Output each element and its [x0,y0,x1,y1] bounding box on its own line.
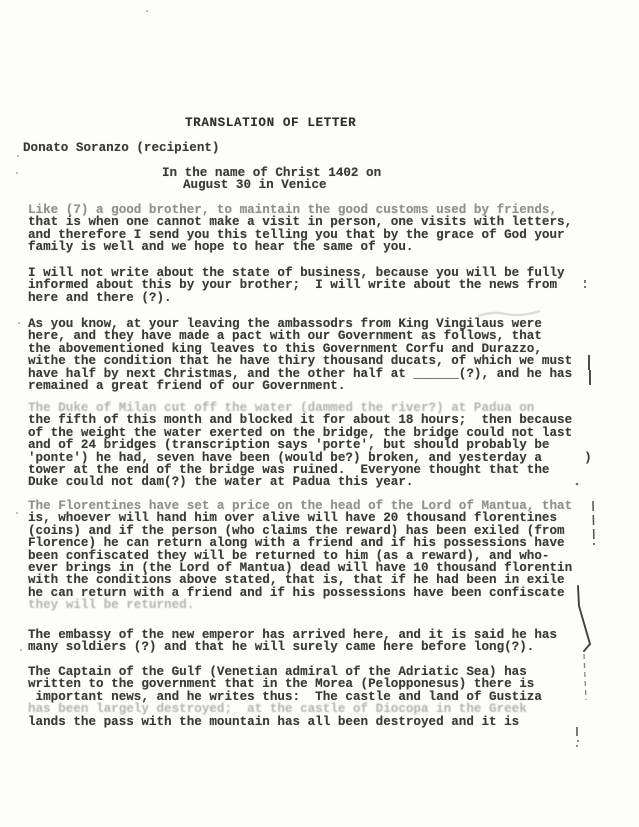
scanned-letter-page: TRANSLATION OF LETTER Donato Soranzo (re… [0,0,639,827]
text-line: informed about this by your brother; I w… [28,279,565,291]
text-line: Florence) he can return along with a fri… [28,537,572,549]
pencil-smudge [478,311,540,316]
paragraph-business: I will not write about the state of busi… [28,267,565,304]
paragraph-ambassadors: As you know, at your leaving the ambasso… [28,318,572,392]
text-line: remained a great friend of our Governmen… [28,380,572,392]
text-line: that is when one cannot make a visit in … [28,216,572,228]
paragraph-duke-of-milan: The Duke of Milan cut off the water (dam… [28,402,572,489]
text-line: here and there (?). [28,292,565,304]
text-line: many soldiers (?) and that he will surel… [28,641,557,653]
text-line: Like (7) a good brother, to maintain the… [28,204,572,216]
text-line: The Duke of Milan cut off the water (dam… [28,402,572,414]
text-line: the fifth of this month and blocked it f… [28,414,572,426]
paragraph-greeting: Like (7) a good brother, to maintain the… [28,204,572,254]
text-line: The Florentines have set a price on the … [28,500,572,512]
text-line: written to the government that in the Mo… [28,678,542,690]
ink-paren-mark: ) [584,450,592,465]
text-line: lands the pass with the mountain has all… [28,716,542,728]
text-line: here, and they have made a pact with our… [28,330,572,342]
text-line: and of 24 bridges (transcription says 'p… [28,439,572,451]
paragraph-florentines: The Florentines have set a price on the … [28,500,572,612]
ink-dashes-florentines [593,501,594,545]
ink-dot-mark [576,483,579,486]
dateline-line-2: August 30 in Venice [183,179,327,191]
text-line: family is well and we hope to hear the s… [28,241,572,253]
paragraph-captain-of-gulf: The Captain of the Gulf (Venetian admira… [28,666,542,728]
pen-stroke [578,586,590,651]
ink-tick-bottom [577,727,578,747]
ink-colon-mark [584,280,586,288]
text-line: withe the condition that he have thiry t… [28,355,572,367]
page-title: TRANSLATION OF LETTER [185,117,356,129]
text-line: Duke could not dam(?) the water at Padua… [28,476,572,488]
text-line: is, whoever will hand him over alive wil… [28,512,572,524]
text-line: they will be returned. [28,599,572,611]
paragraph-embassy: The embassy of the new emperor has arriv… [28,629,557,654]
text-line: with the conditions above stated, that i… [28,574,572,586]
text-line: has been largely destroyed; at the castl… [28,703,542,715]
pen-dashed-tail [584,654,586,700]
recipient-line: Donato Soranzo (recipient) [23,142,220,154]
